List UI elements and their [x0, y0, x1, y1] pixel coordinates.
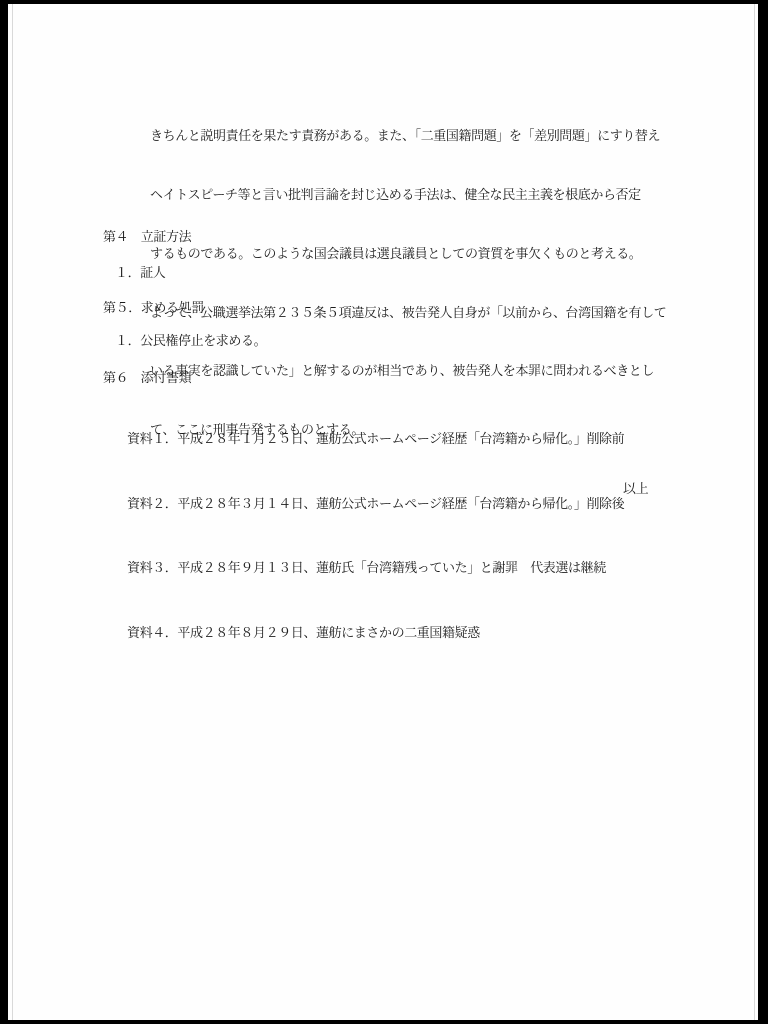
paragraph-line: いる事実を認識していた」と解するのが相当であり、被告発人を本罪に問われるべきとし [150, 362, 666, 382]
document-page: きちんと説明責任を果たす責務がある。また、「二重国籍問題」を「差別問題」にすり替… [8, 4, 758, 1020]
paragraph-line: ヘイトスピーチ等と言い批判言論を封じ込める手法は、健全な民主主義を根底から否定 [150, 186, 666, 206]
closing-word: 以上 [623, 478, 648, 497]
page-edge-line-left [12, 4, 13, 1020]
attachment-item: 資料２．平成２８年３月１４日、蓮舫公式ホームページ経歴「台湾籍から帰化。」削除後 [127, 494, 624, 516]
section-5-item-punishment: １．公民権停止を求める。 [115, 330, 266, 349]
attachment-item: 資料３．平成２８年９月１３日、蓮舫氏「台湾籍残っていた」と謝罪 代表選は継続 [127, 558, 624, 580]
paragraph-line: よって、公職選挙法第２３５条５項違反は、被告発人自身が「以前から、台湾国籍を有し… [150, 304, 666, 324]
attachment-item: 資料１．平成２８年１月２５日、蓮舫公式ホームページ経歴「台湾籍から帰化。」削除前 [127, 429, 624, 451]
paragraph-line: きちんと説明責任を果たす責務がある。また、「二重国籍問題」を「差別問題」にすり替… [150, 127, 666, 147]
attachment-list: 資料１．平成２８年１月２５日、蓮舫公式ホームページ経歴「台湾籍から帰化。」削除前… [127, 386, 624, 687]
page-edge-line-right [754, 4, 755, 1020]
paragraph-line: するものである。このような国会議員は選良議員としての資質を事欠くものと考える。 [150, 245, 666, 265]
section-4-item-witness: １．証人 [115, 262, 165, 281]
section-4-heading: 第４ 立証方法 [103, 226, 191, 245]
attachment-item: 資料４．平成２８年８月２９日、蓮舫にまさかの二重国籍疑惑 [127, 623, 624, 645]
section-6-heading: 第６ 添付書類 [103, 367, 191, 386]
section-5-heading: 第５．求める処罰 [103, 297, 204, 316]
